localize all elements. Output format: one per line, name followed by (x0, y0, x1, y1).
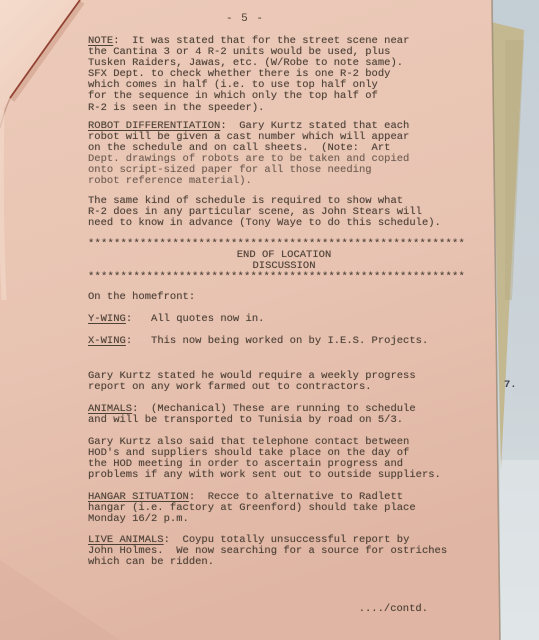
left-edge-highlight (1, 110, 4, 300)
text-line: report on any work farmed out to contrac… (88, 382, 480, 393)
contd-footer: ..../contd. (88, 603, 428, 615)
text-line: Monday 16/2 p.m. (88, 514, 480, 525)
progress-report-paragraph: Gary Kurtz stated he would require a wee… (88, 371, 480, 393)
text-line: ****************************************… (88, 272, 480, 283)
text-line: On the homefront: (88, 292, 480, 303)
note-paragraph: NOTE: It was stated that for the street … (88, 36, 480, 114)
background-page-fragment: 7. (504, 379, 517, 391)
document-body: NOTE: It was stated that for the street … (88, 36, 480, 568)
x-wing-item: X-WING: This now being worked on by I.E.… (88, 336, 480, 347)
end-of-location-separator: ****************************************… (88, 239, 480, 283)
text-line: Gary Kurtz also said that telephone cont… (88, 437, 480, 448)
text-line: X-WING: This now being worked on by I.E.… (88, 336, 480, 347)
robot-differentiation-paragraph: ROBOT DIFFERENTIATION: Gary Kurtz stated… (88, 121, 480, 188)
text-line: need to know in advance (Tony Waye to do… (88, 218, 480, 229)
photo-background: - 5 - NOTE: It was stated that for the s… (0, 0, 539, 640)
text-line: problems if any with work sent out to ou… (88, 470, 480, 481)
page-photo: { "photo": { "colors": { "page_pink": "#… (0, 0, 539, 640)
section-heading: Y-WING (88, 313, 126, 325)
text-line: ****************************************… (88, 239, 480, 250)
text-line: and will be transported to Tunisia by ro… (88, 415, 480, 426)
schedule-requirement-paragraph: The same kind of schedule is required to… (88, 196, 480, 229)
telephone-contact-paragraph: Gary Kurtz also said that telephone cont… (88, 437, 480, 481)
text-line: which can be ridden. (88, 557, 480, 568)
page-number: - 5 - (0, 13, 490, 25)
text-line: Y-WING: All quotes now in. (88, 314, 480, 325)
y-wing-item: Y-WING: All quotes now in. (88, 314, 480, 325)
text-line: R-2 is seen in the speeder). (88, 103, 480, 114)
text-line: robot reference material). (88, 176, 480, 187)
section-heading: X-WING (88, 335, 126, 347)
backdrop-highlight (500, 460, 539, 640)
hangar-situation-paragraph: HANGAR SITUATION: Recce to alternative t… (88, 492, 480, 525)
homefront-heading: On the homefront: (88, 292, 480, 303)
live-animals-paragraph: LIVE ANIMALS: Coypu totally unsuccessful… (88, 535, 480, 568)
animals-paragraph: ANIMALS: (Mechanical) These are running … (88, 404, 480, 426)
text-line: for the sequence in which only the top h… (88, 91, 480, 102)
section-heading: ROBOT DIFFERENTIATION (88, 120, 220, 132)
